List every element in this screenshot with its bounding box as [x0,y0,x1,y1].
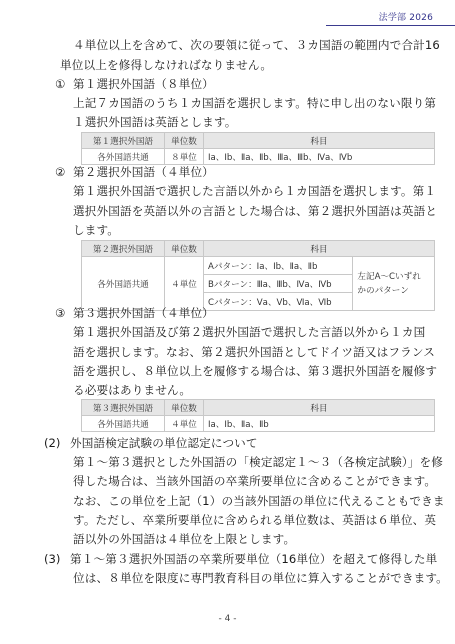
table-header: 科目 [204,133,435,149]
section2-table: 第２選択外国語 単位数 科目 各外国語共通 ４単位 Aパターン：Ⅰa、Ⅰb、Ⅱa… [81,240,435,311]
table-header-row: 第１選択外国語 単位数 科目 [82,133,435,149]
item3-line-1: 第１～第３選択外国語の卒業所要単位（16単位）を超えて修得した単 [70,551,437,567]
header-title: 法学部 2026 [379,10,433,23]
pattern-note-line-2: かのパターン [357,284,430,298]
table-header: 科目 [204,241,435,257]
section2-line-2: 選択外国語を英語以外の言語とした場合は、第２選択外国語は英語と [73,203,437,219]
section2-title: 第２選択外国語（４単位） [73,164,214,180]
pattern-note-line-1: 左記A～Cいずれ [357,270,430,284]
intro-line-2: 単位以上を修得しなければなりません。 [60,57,272,73]
item3-marker: (3) [44,551,60,567]
page-header: 法学部 2026 [326,8,455,26]
table-header-row: 第３選択外国語 単位数 科目 [82,400,435,416]
table-row: 各外国語共通 ４単位 Aパターン：Ⅰa、Ⅰb、Ⅱa、Ⅱb 左記A～Cいずれ かの… [82,257,435,275]
section1-marker: ① [55,76,65,92]
section3-table: 第３選択外国語 単位数 科目 各外国語共通 ４単位 Ⅰa、Ⅰb、Ⅱa、Ⅱb [81,399,435,432]
item2-line-5: 語以外の外国語は４単位を上限とします。 [73,531,295,547]
table-header: 第２選択外国語 [82,241,165,257]
table-header: 科目 [204,400,435,416]
table-cell: 各外国語共通 [82,257,165,311]
pattern-note: 左記A～Cいずれ かのパターン [353,257,435,311]
table-header-row: 第２選択外国語 単位数 科目 [82,241,435,257]
table-cell: Ⅰa、Ⅰb、Ⅱa、Ⅱb、Ⅲa、Ⅲb、Ⅳa、Ⅳb [204,149,435,165]
section1-line-2: １選択外国語は英語とします。 [73,114,237,130]
section3-line-2: 語を選択します。なお、第２選択外国語としてドイツ語又はフランス [73,344,435,360]
table-header: 第３選択外国語 [82,400,165,416]
section3-title: 第３選択外国語（４単位） [73,305,214,321]
pattern-b: Bパターン：Ⅲa、Ⅲb、Ⅳa、Ⅳb [204,275,353,293]
pattern-a: Aパターン：Ⅰa、Ⅰb、Ⅱa、Ⅱb [204,257,353,275]
pattern-c: Cパターン：Ⅴa、Ⅴb、Ⅵa、Ⅵb [204,293,353,311]
table-header: 単位数 [165,241,204,257]
section3-line-1: 第１選択外国語及び第２選択外国語で選択した言語以外から１カ国 [73,324,425,340]
section3-line-4: る必要はありません。 [73,382,191,398]
table-header: 単位数 [165,133,204,149]
table-cell: ８単位 [165,149,204,165]
table-header: 第１選択外国語 [82,133,165,149]
item3-line-2: 位は、８単位を限度に専門教育科目の単位に算入することができます。 [73,570,448,586]
table-row: 各外国語共通 ８単位 Ⅰa、Ⅰb、Ⅱa、Ⅱb、Ⅲa、Ⅲb、Ⅳa、Ⅳb [82,149,435,165]
section2-line-3: します。 [73,222,119,238]
section2-line-1: 第１選択外国語で選択した言語以外から１カ国語を選択します。第１ [73,183,436,199]
item2-title: 外国語検定試験の単位認定について [70,435,258,451]
item2-line-4: す。ただし、卒業所要単位に含められる単位数は、英語は６単位、英 [73,512,436,528]
section1-table: 第１選択外国語 単位数 科目 各外国語共通 ８単位 Ⅰa、Ⅰb、Ⅱa、Ⅱb、Ⅲa… [81,132,435,165]
section3-marker: ③ [55,305,65,321]
table-cell: ４単位 [165,416,204,432]
table-cell: Ⅰa、Ⅰb、Ⅱa、Ⅱb [204,416,435,432]
intro-line-1: ４単位以上を含めて、次の要領に従って、３カ国語の範囲内で合計16 [73,37,440,53]
table-cell: 各外国語共通 [82,416,165,432]
section2-marker: ② [55,164,65,180]
page-number: - 4 - [0,614,455,624]
item2-line-2: 得した場合は、当該外国語の卒業所要単位に含めることができます。 [73,473,436,489]
section1-title: 第１選択外国語（８単位） [73,76,214,92]
table-cell: ４単位 [165,257,204,311]
section3-line-3: 語を選択し、８単位以上を履修する場合は、第３選択外国語を履修す [73,363,437,379]
table-cell: 各外国語共通 [82,149,165,165]
item2-line-1: 第１～第３選択とした外国語の「検定認定１～３（各検定試験）」を修 [73,454,443,470]
item2-marker: (2) [44,435,60,451]
table-header: 単位数 [165,400,204,416]
item2-line-3: なお、この単位を上記（1）の当該外国語の単位に代えることもできま [73,493,445,509]
section1-line-1: 上記７カ国語のうち１カ国語を選択します。特に申し出のない限り第 [73,95,436,111]
table-row: 各外国語共通 ４単位 Ⅰa、Ⅰb、Ⅱa、Ⅱb [82,416,435,432]
